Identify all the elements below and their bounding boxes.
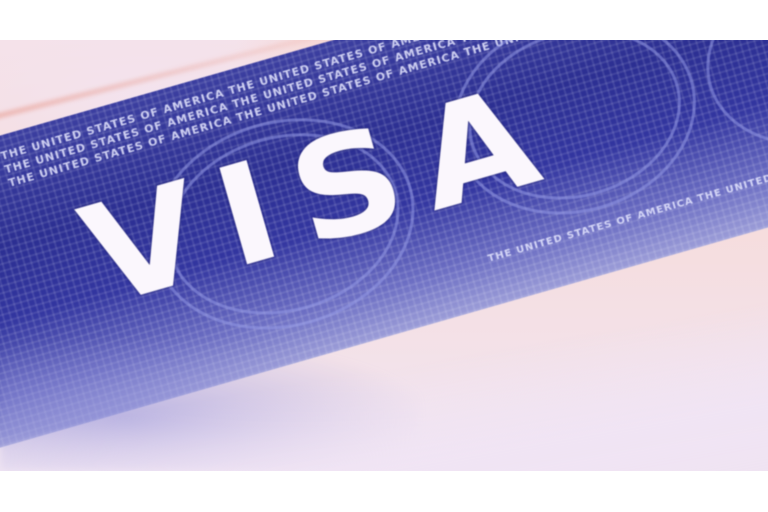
- lower-blur: [0, 340, 420, 471]
- visa-photo: THE UNITED STATES OF AMERICA THE UNITED …: [0, 40, 768, 471]
- guilloche-pattern: [685, 40, 768, 171]
- image-description: Close-up photograph of a United States v…: [0, 40, 1, 41]
